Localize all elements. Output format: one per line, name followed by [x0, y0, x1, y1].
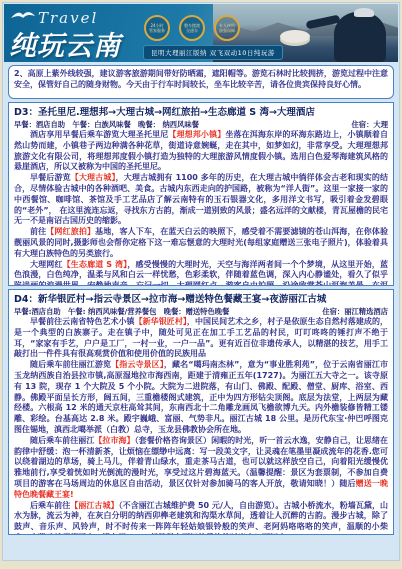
itinerary-page: { "banner": { "brand_script": "Travel", …: [0, 0, 402, 569]
itinerary-paragraph: 后乘车前往【丽江古城】（不含丽江古城维护费 50 元/人，自由游览）。古城小桥流…: [14, 501, 388, 535]
white-hat: [280, 30, 310, 43]
day-lodging: 住宿：大理: [352, 120, 388, 130]
itinerary-paragraph: 酒店享用早餐后乘车游览大理圣托里尼【理想邦小镇】坐落在洱海东岸的环海东路边上，小…: [14, 130, 388, 173]
day-paragraphs: 早餐前往云南省特色艺术小镇【新华银匠村】，中国民间艺术之乡，村子是依原生态自然村…: [14, 317, 388, 535]
day-route: 圣托里尼.理想邦→大理古城→网红旅拍→生态廊道 S 湾→大理酒店: [38, 107, 315, 118]
itinerary-paragraph: 随后乘车前往丽江游览【指云寺景区】，藏名“噶玛南杰林”，意为“事业胜利苑”，位于…: [14, 360, 388, 436]
header-banner: Travel 纯玩云南 24小时 管家服务 整车摆渡 交通车 专人接机 加强保障…: [4, 4, 398, 62]
day-code: D3：: [14, 107, 38, 118]
day-lodging: 住宿：丽江精选酒店: [322, 307, 388, 317]
day-list: D3：圣托里尼.理想邦→大理古城→网红旅拍→生态廊道 S 湾→大理酒店 早餐：酒…: [8, 102, 394, 535]
badge-row: 24小时 管家服务 整车摆渡 交通车 专人接机 加强保障: [144, 15, 240, 41]
traveler-figure: [334, 12, 386, 62]
meal-row: 早餐：酒店自助 午餐：白族风味餐 晚餐： 纳西风味餐 住宿：大理: [14, 120, 388, 130]
notice-box: 2、高原上紫外线较强，建议游客旅游期间带好防晒霜，遮阳帽等。游览石林时比较拥挤，…: [8, 65, 394, 99]
day-title: D3：圣托里尼.理想邦→大理古城→网红旅拍→生态廊道 S 湾→大理酒店: [14, 106, 388, 119]
day-code: D4：: [14, 294, 38, 305]
badge-shuttle: 整车摆渡 交通车: [179, 15, 205, 41]
badge-24h-service: 24小时 管家服务: [144, 15, 170, 41]
itinerary-paragraph: 早餐后游览【大理古城】，大理古城拥有 1100 多年的历史，在大理古城中徜徉体会…: [14, 173, 388, 227]
day-paragraphs: 酒店享用早餐后乘车游览大理圣托里尼【理想邦小镇】坐落在洱海东岸的环海东路边上，小…: [14, 130, 388, 286]
itinerary-paragraph: 早餐前往云南省特色艺术小镇【新华银匠村】，中国民间艺术之乡，村子是依原生态自然村…: [14, 317, 388, 360]
badge-pickup: 专人接机 加强保障: [214, 15, 240, 41]
day-box: D4：新华银匠村→指云寺景区→拉市海→赠送特色餐藏王宴→夜游丽江古城 早餐:酒店…: [8, 289, 394, 535]
day-meals: 早餐：酒店自助 午餐：白族风味餐 晚餐： 纳西风味餐: [14, 120, 199, 130]
day-route: 新华银匠村→指云寺景区→拉市海→赠送特色餐藏王宴→夜游丽江古城: [38, 294, 326, 305]
page-panel: Travel 纯玩云南 24小时 管家服务 整车摆渡 交通车 专人接机 加强保障…: [2, 2, 400, 561]
itinerary-paragraph: 大理网红【生态廊道 S 湾】，感受慢慢的大理时光，天空与海洋两者间一个个梦境，从…: [14, 260, 388, 286]
banner-main-title: 纯玩云南: [9, 24, 121, 62]
day-title: D4：新华银匠村→指云寺景区→拉市海→赠送特色餐藏王宴→夜游丽江古城: [14, 293, 388, 306]
itinerary-content: 2、高原上紫外线较强，建议游客旅游期间带好防晒霜，遮阳帽等。游览石林时比较拥挤，…: [8, 65, 394, 538]
route-subtitle-pill: 昆明大理丽江版纳 双飞双动10日纯玩游: [143, 45, 283, 60]
itinerary-paragraph: 随后乘车前往丽江【拉市海】（套餐价格咨询景区）闲暇的时光，听一首云水逸，安静自己…: [14, 436, 388, 501]
itinerary-paragraph: 前往【网红旅拍】基地，客人下车，在蓝天白云的映照下，感受着不需要滤镜的苍山洱海，…: [14, 227, 388, 259]
meal-row: 早餐:酒店自助 午餐: 纳西风味餐/营养餐包 晚餐：赠送特色晚餐 住宿：丽江精选…: [14, 307, 388, 317]
day-box: D3：圣托里尼.理想邦→大理古城→网红旅拍→生态廊道 S 湾→大理酒店 早餐：酒…: [8, 102, 394, 286]
day-meals: 早餐:酒店自助 午餐: 纳西风味餐/营养餐包 晚餐：赠送特色晚餐: [14, 307, 229, 317]
